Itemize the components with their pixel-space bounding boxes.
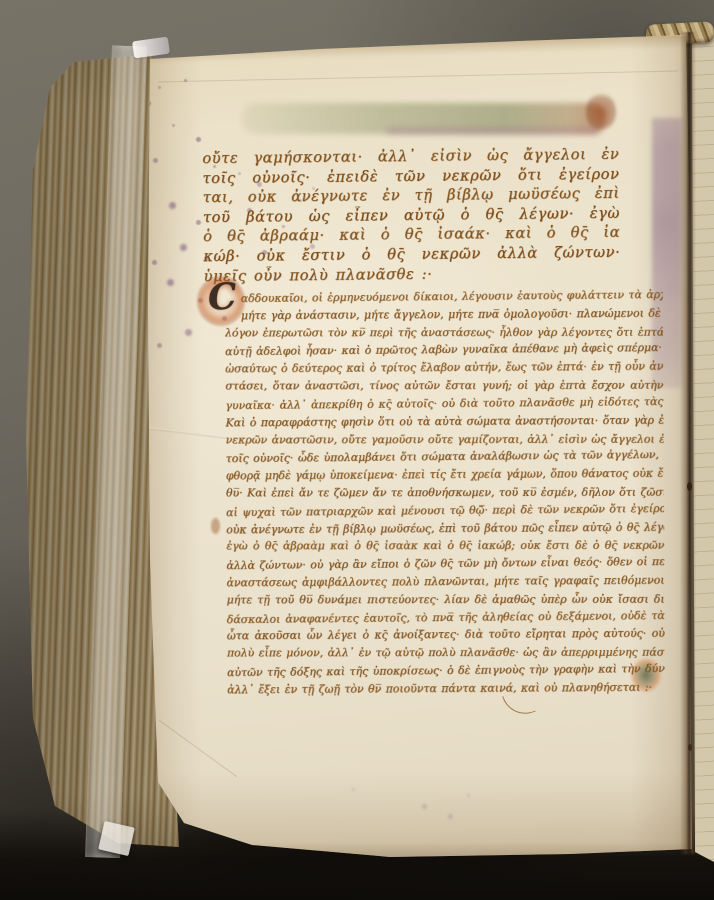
text-line: ὑμεῖς οὖν πολὺ πλανᾶσθε :· [204,262,621,286]
text-line: δάσκαλοι ἀναφανέντες ἑαυτοῖς, τὸ πνα̅ τῆ… [227,607,665,629]
gospel-text-block: οὔτε γαμήσκονται· ἀλλ᾽ εἰσὶν ὡς ἄγγελοι … [202,145,620,287]
text-line: ἀλλ᾽ ἕξει ἐν τῇ ζωῇ τὸν θν̅ ποιοῦντα πάν… [227,679,665,699]
parchment-crease [158,71,678,83]
text-line: οὐκ ἀνέγνωτε ἐν τῇ βίβλῳ μωϋσέως, ἐπὶ το… [226,518,664,538]
text-line: στάσει, ὅταν ἀναστῶσι, τίνος αὐτῶν ἔσται… [225,377,663,396]
catena-text-block: αδδουκαῖοι, οἱ ἑρμηνευόμενοι δίκαιοι, λέ… [225,287,665,699]
sewing-hole [687,482,692,491]
text-line: Καὶ ὁ παραφράστης φησὶν ὅτι οὐ τὰ αὐτὰ σ… [226,411,664,431]
manuscript-photograph: οὔτε γαμήσκονται· ἀλλ᾽ εἰσὶν ὡς ἄγγελοι … [0,0,714,900]
text-line: μήτε γὰρ ἀνάστασιν, μήτε ἄγγελον, μήτε π… [225,304,663,324]
burn-stain [586,92,616,132]
text-line: ὡσαύτως ὁ δεύτερος καὶ ὁ τρίτος ἔλαβον α… [225,358,663,378]
text-line: ἀναστάσεως ἀμφιβάλλοντες πολὺ πλανῶνται,… [226,572,664,592]
text-line: φθορᾷ μηδὲ γάμῳ ὑποκείμενα· ἐπεὶ τίς ἔτι… [226,465,664,485]
gutter-shadow [680,32,696,854]
purple-smear [386,127,600,135]
text-line: μήτε τῇ τοῦ θυ̅ δυνάμει πιστεύοντες· λία… [227,590,665,609]
rust-spot [211,518,220,534]
sewing-hole [688,744,692,751]
text-line: θυ̅· Καὶ ἐπεὶ ἄν τε ζῶμεν ἄν τε ἀποθνήσκ… [226,484,664,503]
